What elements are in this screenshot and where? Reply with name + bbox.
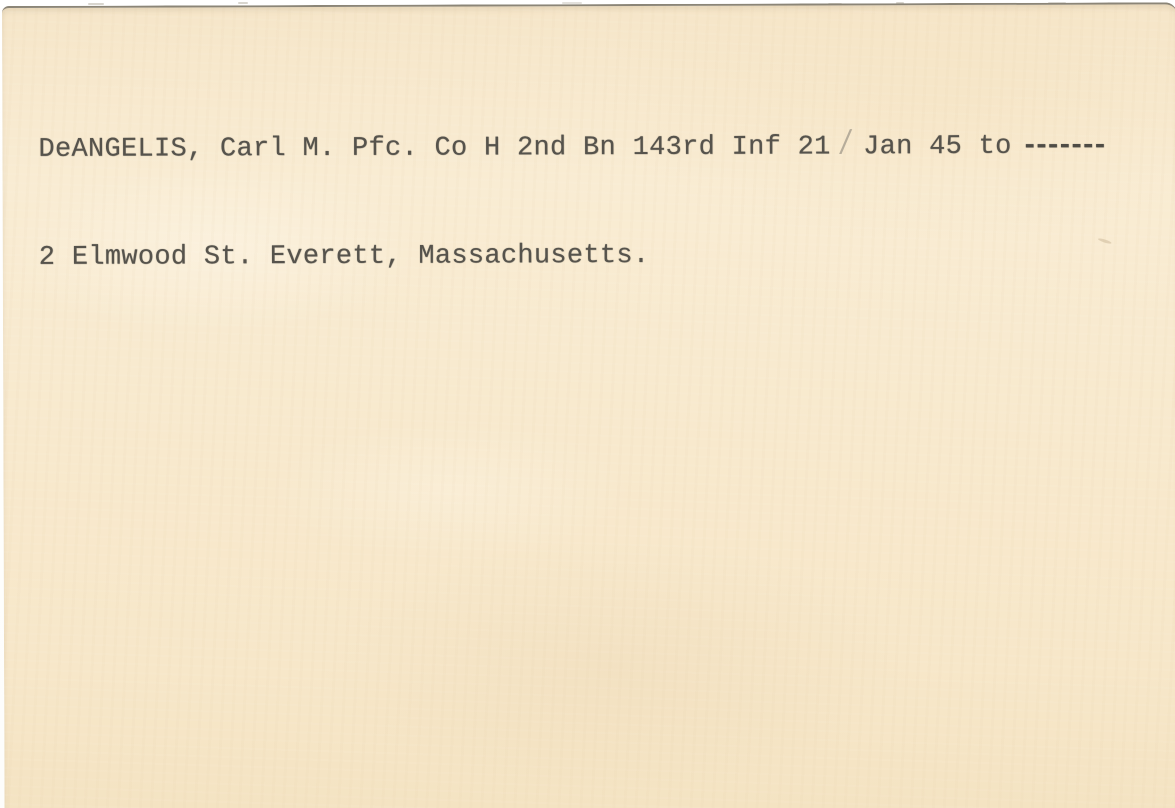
service-record-line: DeANGELIS, Carl M. Pfc. Co H 2nd Bn 143r… bbox=[38, 129, 1103, 168]
typewritten-text-block: DeANGELIS, Carl M. Pfc. Co H 2nd Bn 143r… bbox=[38, 57, 1104, 348]
address-text: 2 Elmwood St. Everett, Massachusetts. bbox=[39, 241, 650, 273]
pencil-slash-mark: / bbox=[838, 124, 855, 169]
date-text: Jan 45 to bbox=[863, 132, 1012, 162]
scanned-page: DeANGELIS, Carl M. Pfc. Co H 2nd Bn 143r… bbox=[0, 0, 1175, 808]
scan-artifact bbox=[238, 2, 248, 4]
name-and-unit-text: DeANGELIS, Carl M. Pfc. Co H 2nd Bn 143r… bbox=[38, 132, 830, 164]
typed-dashes: ------- bbox=[1022, 132, 1104, 162]
address-line: 2 Elmwood St. Everett, Massachusetts. bbox=[39, 237, 1104, 276]
index-card: DeANGELIS, Carl M. Pfc. Co H 2nd Bn 143r… bbox=[2, 2, 1175, 808]
